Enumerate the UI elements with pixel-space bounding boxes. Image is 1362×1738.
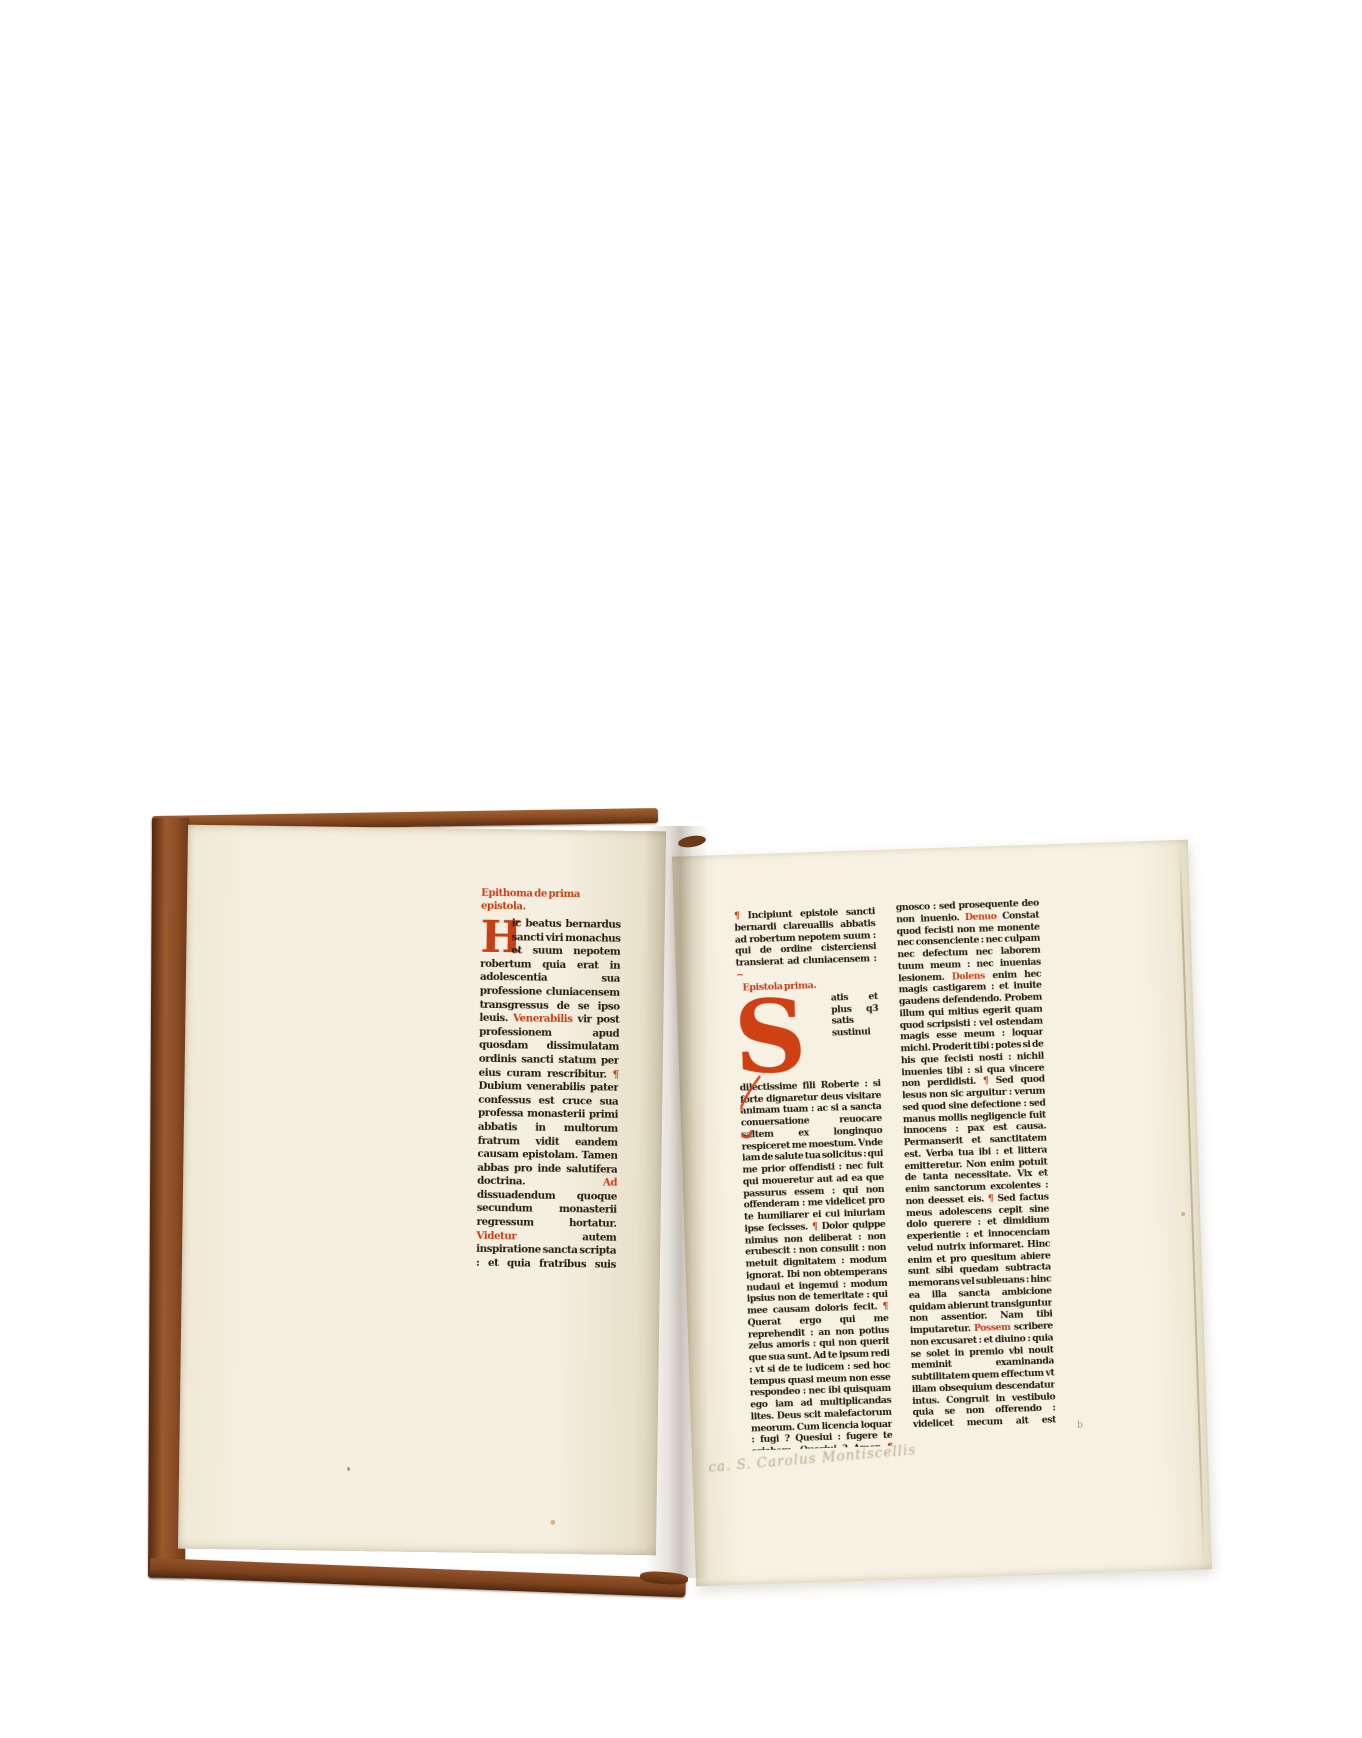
- ink-speck: [347, 1467, 350, 1471]
- left-text-column: Epithoma de prima epistola. Hic beatus b…: [476, 887, 621, 1264]
- left-page: Epithoma de prima epistola. Hic beatus b…: [178, 825, 666, 1556]
- left-body-text: Hic beatus bernardus sancti viri monachu…: [476, 917, 621, 1271]
- foxing-stain: [1181, 1212, 1185, 1216]
- incipit-heading: ¶ Incipiunt epistole sancti bernardi cla…: [734, 906, 877, 981]
- foxing-stain: [550, 1520, 555, 1525]
- left-body-segments: ic beatus bernardus sancti viri monachus…: [476, 917, 621, 1270]
- column-1-text: S atis et plus q3 satis sustinui dilecti…: [737, 991, 893, 1450]
- photo-canvas: Epithoma de prima epistola. Hic beatus b…: [0, 0, 1362, 1738]
- lombard-initial-h: H: [480, 919, 509, 957]
- right-column-1: ¶ Incipiunt epistole sancti bernardi cla…: [734, 906, 892, 1432]
- leaf-signature-mark: b: [1077, 1420, 1083, 1430]
- headband: [677, 834, 706, 849]
- left-rubric-heading: Epithoma de prima epistola.: [481, 887, 621, 915]
- lombard-initial-s: S: [737, 995, 832, 1080]
- fore-edge-line: [1179, 844, 1205, 1566]
- initial-s-flourish-icon: [737, 1075, 768, 1146]
- right-column-2: gnosco : sed prosequente deo non inuenio…: [896, 898, 1056, 1428]
- leather-board-bottom-edge: [150, 1558, 686, 1598]
- right-page: ¶ Incipiunt epistole sancti bernardi cla…: [672, 840, 1212, 1587]
